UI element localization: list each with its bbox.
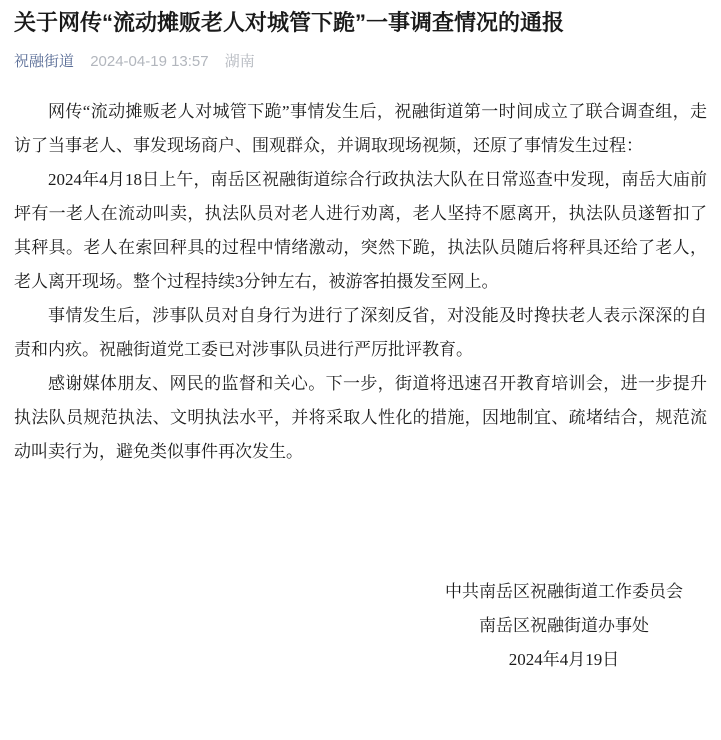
signature-date-line: 2024年4月19日: [445, 643, 683, 677]
signature-org-line: 中共南岳区祝融街道工作委员会: [445, 575, 683, 609]
article-meta: 祝融街道 2024-04-19 13:57 湖南: [14, 52, 707, 72]
body-paragraph: 感谢媒体朋友、网民的监督和关心。下一步，街道将迅速召开教育培训会，进一步提升执法…: [14, 367, 707, 469]
body-paragraph: 网传“流动摊贩老人对城管下跪”事情发生后，祝融街道第一时间成立了联合调查组，走访…: [14, 95, 707, 163]
signature-office-line: 南岳区祝融街道办事处: [445, 609, 683, 643]
signature-block: 中共南岳区祝融街道工作委员会 南岳区祝融街道办事处 2024年4月19日: [445, 575, 683, 677]
article-page: 关于网传“流动摊贩老人对城管下跪”一事调查情况的通报 祝融街道 2024-04-…: [0, 0, 721, 740]
article-body: 网传“流动摊贩老人对城管下跪”事情发生后，祝融街道第一时间成立了联合调查组，走访…: [14, 95, 707, 469]
account-name-link[interactable]: 祝融街道: [14, 53, 74, 70]
body-paragraph: 事情发生后，涉事队员对自身行为进行了深刻反省，对没能及时搀扶老人表示深深的自责和…: [14, 299, 707, 367]
publish-timestamp: 2024-04-19 13:57: [90, 53, 208, 70]
publish-location: 湖南: [225, 53, 255, 70]
body-paragraph: 2024年4月18日上午，南岳区祝融街道综合行政执法大队在日常巡查中发现，南岳大…: [14, 163, 707, 299]
page-title: 关于网传“流动摊贩老人对城管下跪”一事调查情况的通报: [14, 8, 707, 39]
